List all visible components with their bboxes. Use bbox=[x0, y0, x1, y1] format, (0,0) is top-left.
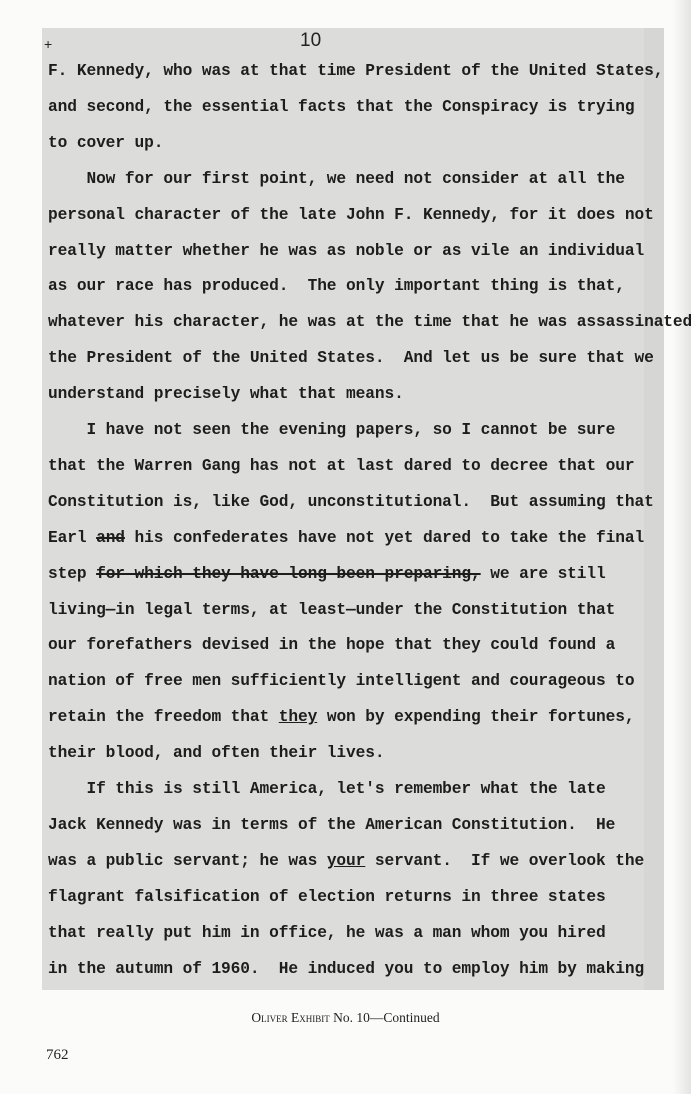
caption-smallcaps: Oliver Exhibit bbox=[251, 1010, 329, 1025]
text-line: flagrant falsification of election retur… bbox=[48, 888, 606, 906]
text-line: that the Warren Gang has not at last dar… bbox=[48, 457, 634, 475]
text-line: understand precisely what that means. bbox=[48, 385, 404, 403]
text-line: Now for our first point, we need not con… bbox=[48, 170, 625, 188]
text-line: whatever his character, he was at the ti… bbox=[48, 313, 691, 331]
struck-text: and bbox=[96, 529, 125, 547]
text-line: retain the freedom that they won by expe… bbox=[48, 708, 634, 726]
text-line: Earl and his confederates have not yet d… bbox=[48, 529, 644, 547]
text-line: in the autumn of 1960. He induced you to… bbox=[48, 960, 644, 978]
exhibit-caption: Oliver Exhibit No. 10—Continued bbox=[0, 1010, 691, 1026]
text-line: our forefathers devised in the hope that… bbox=[48, 636, 615, 654]
text-line: their blood, and often their lives. bbox=[48, 744, 385, 762]
text-line: personal character of the late John F. K… bbox=[48, 206, 654, 224]
text-line: Jack Kennedy was in terms of the America… bbox=[48, 816, 615, 834]
document-page: + 10 F. Kennedy, who was at that time Pr… bbox=[0, 0, 691, 1094]
text-line: nation of free men sufficiently intellig… bbox=[48, 672, 634, 690]
text-line: really matter whether he was as noble or… bbox=[48, 242, 644, 260]
text-line: as our race has produced. The only impor… bbox=[48, 277, 625, 295]
text-line: If this is still America, let's remember… bbox=[48, 780, 606, 798]
text-line: living—in legal terms, at least—under th… bbox=[48, 601, 615, 619]
underlined-text: your bbox=[327, 852, 365, 870]
text-line: that really put him in office, he was a … bbox=[48, 924, 606, 942]
registration-mark: + bbox=[44, 36, 52, 52]
text-line: was a public servant; he was your servan… bbox=[48, 852, 644, 870]
text-line: I have not seen the evening papers, so I… bbox=[48, 421, 615, 439]
struck-text: for which they have long been preparing, bbox=[96, 565, 481, 583]
text-line: and second, the essential facts that the… bbox=[48, 98, 634, 116]
underlined-text: they bbox=[279, 708, 317, 726]
caption-rest: No. 10—Continued bbox=[330, 1010, 440, 1025]
text-line: step for which they have long been prepa… bbox=[48, 565, 606, 583]
typescript-page-number: 10 bbox=[300, 30, 321, 52]
folio-page-number: 762 bbox=[46, 1047, 69, 1064]
text-line: the President of the United States. And … bbox=[48, 349, 654, 367]
text-line: to cover up. bbox=[48, 134, 163, 152]
text-line: Constitution is, like God, unconstitutio… bbox=[48, 493, 654, 511]
text-line: F. Kennedy, who was at that time Preside… bbox=[48, 62, 663, 80]
page-edge bbox=[673, 0, 691, 1094]
